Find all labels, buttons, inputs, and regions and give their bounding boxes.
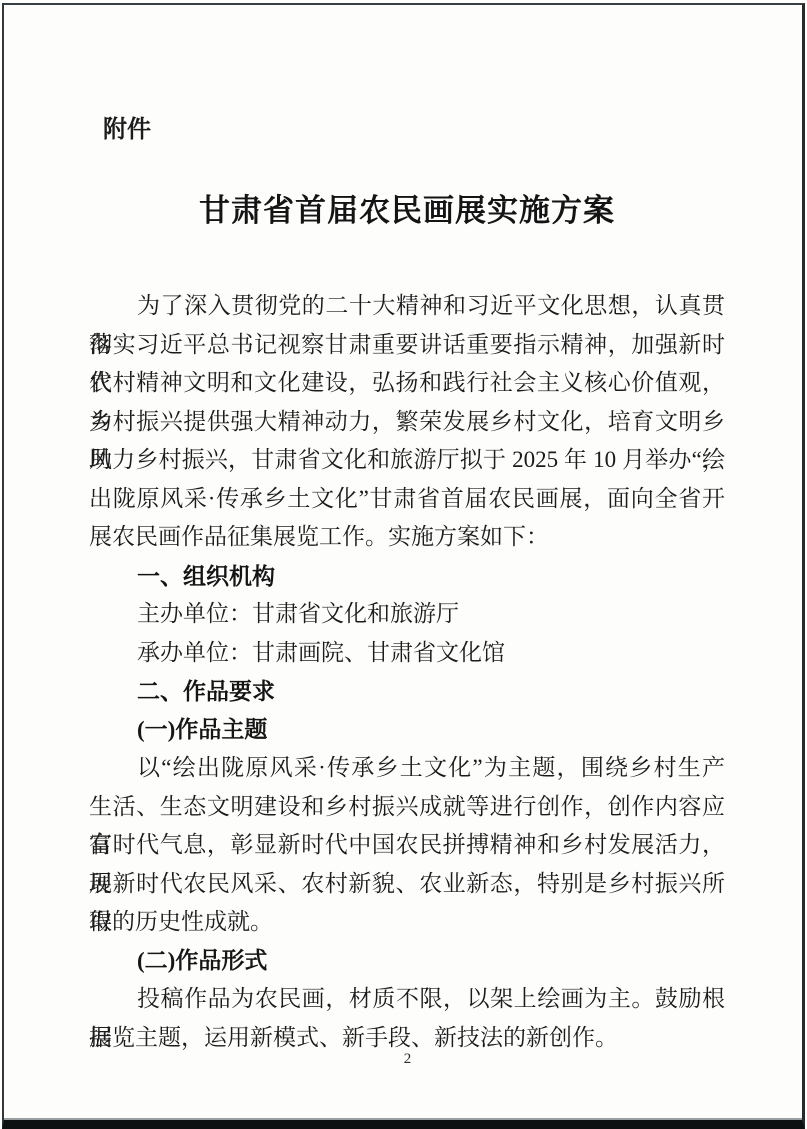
intro-line: 落实习近平总书记视察甘肃重要讲话重要指示精神，加强新时代	[89, 326, 725, 365]
subsection-heading-form: (二)作品形式	[89, 942, 725, 981]
organizer-host-line: 主办单位：甘肃省文化和旅游厅	[89, 595, 725, 634]
theme-line: 得的历史性成就。	[89, 903, 725, 942]
attachment-label: 附件	[103, 113, 725, 147]
section-heading-organization: 一、组织机构	[89, 557, 725, 596]
theme-line: 生活、生态文明建设和乡村振兴成就等进行创作，创作内容应富	[89, 788, 725, 827]
page-number: 2	[4, 1051, 807, 1068]
intro-line: 乡村振兴提供强大精神动力，繁荣发展乡村文化，培育文明乡风，	[89, 403, 725, 442]
document-body: 为了深入贯彻党的二十大精神和习近平文化思想，认真贯彻 落实习近平总书记视察甘肃重…	[89, 287, 725, 1057]
section-heading-requirements: 二、作品要求	[89, 672, 725, 711]
intro-line: 助力乡村振兴，甘肃省文化和旅游厅拟于 2025 年 10 月举办“绘	[89, 441, 725, 480]
theme-line: 以“绘出陇原风采·传承乡土文化”为主题，围绕乡村生产	[89, 749, 725, 788]
organizer-undertaker-line: 承办单位：甘肃画院、甘肃省文化馆	[89, 634, 725, 673]
document-title: 甘肃省首届农民画展实施方案	[89, 191, 725, 231]
intro-line: 出陇原风采·传承乡土文化”甘肃省首届农民画展，面向全省开	[89, 480, 725, 519]
theme-line: 有时代气息，彰显新时代中国农民拼搏精神和乡村发展活力，展	[89, 826, 725, 865]
intro-line: 为了深入贯彻党的二十大精神和习近平文化思想，认真贯彻	[89, 287, 725, 326]
theme-line: 现新时代农民风采、农村新貌、农业新态，特别是乡村振兴所取	[89, 865, 725, 904]
intro-line: 农村精神文明和文化建设，弘扬和践行社会主义核心价值观，为	[89, 364, 725, 403]
intro-line: 展农民画作品征集展览工作。实施方案如下：	[89, 518, 725, 557]
form-line: 投稿作品为农民画，材质不限，以架上绘画为主。鼓励根据	[89, 980, 725, 1019]
scanned-page: 附件 甘肃省首届农民画展实施方案 为了深入贯彻党的二十大精神和习近平文化思想，认…	[2, 3, 805, 1129]
subsection-heading-theme: (一)作品主题	[89, 711, 725, 750]
document-content: 附件 甘肃省首届农民画展实施方案 为了深入贯彻党的二十大精神和习近平文化思想，认…	[89, 113, 725, 1057]
